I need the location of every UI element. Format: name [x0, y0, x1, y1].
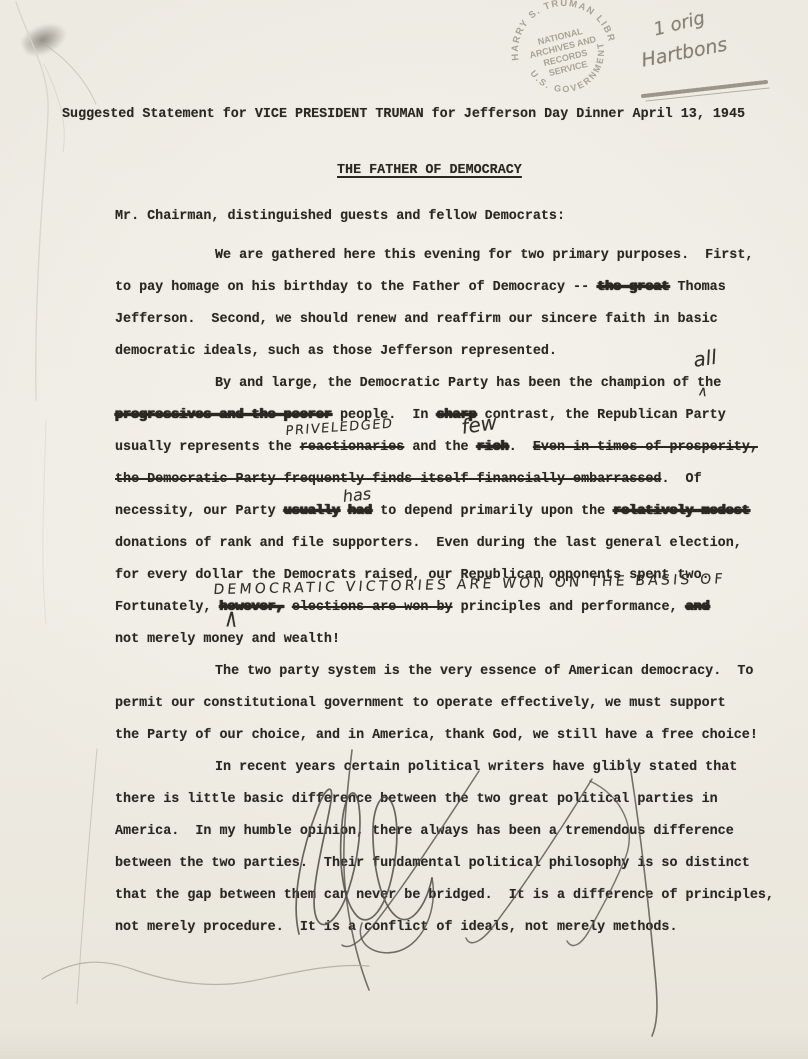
typed-line: not merely procedure. It is a conflict o… [115, 920, 678, 935]
typed-text: donations of rank and file supporters. E… [115, 536, 742, 551]
typed-line: that the gap between them can never be b… [115, 888, 774, 903]
doc-title: THE FATHER OF DEMOCRACY [337, 163, 522, 178]
header-line: Suggested Statement for VICE PRESIDENT T… [62, 107, 745, 122]
note-underline [646, 88, 769, 101]
typed-line: In recent years certain political writer… [215, 760, 737, 775]
stamp-center-line1: NATIONAL [537, 26, 584, 47]
svg-text:HARRY S. TRUMAN LIBRARY: HARRY S. TRUMAN LIBRARY [473, 0, 617, 72]
typed-text: the Party of our choice, and in America,… [115, 728, 758, 743]
typed-line: not merely money and wealth! [115, 632, 340, 647]
typed-text: The two party system is the very essence… [215, 664, 753, 679]
typed-text: permit our constitutional government to … [115, 696, 726, 711]
typed-line: the Democratic Party frequently finds it… [115, 472, 702, 487]
stamp-arc-bottom: U.S. GOVERNMENT [525, 40, 616, 103]
typed-text [340, 504, 348, 519]
typed-text: that the gap between them can never be b… [115, 888, 774, 903]
typed-text: America. In my humble opinion, there alw… [115, 824, 734, 839]
typed-text: Thomas [669, 280, 725, 295]
stamp-center-line2: ARCHIVES AND [528, 34, 597, 60]
typed-line: usually represents the reactionaries and… [115, 440, 758, 455]
struck-text: the Democratic Party frequently finds it… [115, 472, 661, 487]
typed-text: necessity, our Party [115, 504, 284, 519]
typed-line: the Party of our choice, and in America,… [115, 728, 758, 743]
typed-line: By and large, the Democratic Party has b… [215, 376, 721, 391]
paper-smudge [18, 16, 72, 61]
typed-text: to depend primarily upon the [372, 504, 613, 519]
struck-text: had [348, 504, 372, 519]
typed-line: progressives and the poorer people. In s… [115, 408, 726, 423]
caret-under-however: ∧ [224, 606, 239, 632]
typed-text: contrast, the Republican Party [477, 408, 726, 423]
note-underline [643, 82, 766, 96]
typed-text: usually represents the [115, 440, 300, 455]
typed-line: necessity, our Party usually had to depe… [115, 504, 750, 519]
svg-text:U.S. GOVERNMENT: U.S. GOVERNMENT [525, 40, 616, 103]
typed-line: there is little basic difference between… [115, 792, 718, 807]
stamp-center-line4: SERVICE [548, 59, 589, 78]
typed-text: Mr. Chairman, distinguished guests and f… [115, 209, 565, 224]
typed-text [284, 600, 292, 615]
typed-text: there is little basic difference between… [115, 792, 718, 807]
typed-line: The two party system is the very essence… [215, 664, 753, 679]
pencil-line [77, 749, 97, 1004]
typed-text: . Of [661, 472, 701, 487]
typed-text: democratic ideals, such as those Jeffers… [115, 344, 557, 359]
typed-text: and the [404, 440, 476, 455]
typed-text: not merely procedure. It is a conflict o… [115, 920, 678, 935]
insert-few: few [460, 412, 498, 437]
typed-line: We are gathered here this evening for tw… [215, 248, 753, 263]
document-page: Suggested Statement for VICE PRESIDENT T… [0, 0, 808, 1059]
struck-text: relatively modest [613, 504, 750, 519]
typed-text: between the two parties. Their fundament… [115, 856, 750, 871]
typed-text: to pay homage on his birthday to the Fat… [115, 280, 597, 295]
typed-text: By and large, the Democratic Party has b… [215, 376, 721, 391]
typed-text: Fortunately, [115, 600, 219, 615]
struck-text: Even in times of prosperity, [533, 440, 758, 455]
pencil-note-line1: 1 orig [652, 9, 707, 39]
stamp-center-line3: RECORDS [542, 48, 588, 69]
insert-has: has [342, 486, 372, 505]
typed-text: THE FATHER OF DEMOCRACY [337, 163, 522, 178]
typed-line: donations of rank and file supporters. E… [115, 536, 742, 551]
typed-line: Jefferson. Second, we should renew and r… [115, 312, 718, 327]
struck-text: the great [597, 280, 669, 295]
typed-text: In recent years certain political writer… [215, 760, 737, 775]
caret-under-of-the: ∧ [697, 384, 710, 400]
typed-line: between the two parties. Their fundament… [115, 856, 750, 871]
typed-text: principles and performance, [453, 600, 686, 615]
typed-line: to pay homage on his birthday to the Fat… [115, 280, 726, 295]
typed-text: Jefferson. Second, we should renew and r… [115, 312, 718, 327]
insert-all: all [692, 347, 718, 370]
typed-line: permit our constitutional government to … [115, 696, 726, 711]
struck-text: elections are won by [292, 600, 453, 615]
struck-text: rich [477, 440, 509, 455]
typed-text: not merely money and wealth! [115, 632, 340, 647]
salutation-line: Mr. Chairman, distinguished guests and f… [115, 209, 565, 224]
typed-text: We are gathered here this evening for tw… [215, 248, 753, 263]
typed-line: democratic ideals, such as those Jeffers… [115, 344, 557, 359]
typed-line: Fortunately, however, elections are won … [115, 600, 710, 615]
struck-text: progressives and the poorer [115, 408, 332, 423]
crease-line [16, 2, 48, 400]
pencil-wave [42, 962, 369, 984]
stamp-arc-top: HARRY S. TRUMAN LIBRARY [473, 0, 617, 72]
typed-text: Suggested Statement for VICE PRESIDENT T… [62, 107, 745, 122]
typed-line: America. In my humble opinion, there alw… [115, 824, 734, 839]
struck-text: and [686, 600, 710, 615]
pencil-note-line2: Hartbons [640, 35, 729, 70]
struck-text: reactionaries [300, 440, 404, 455]
crease-line [43, 420, 46, 624]
struck-text: usually [284, 504, 340, 519]
typed-text: . [509, 440, 533, 455]
